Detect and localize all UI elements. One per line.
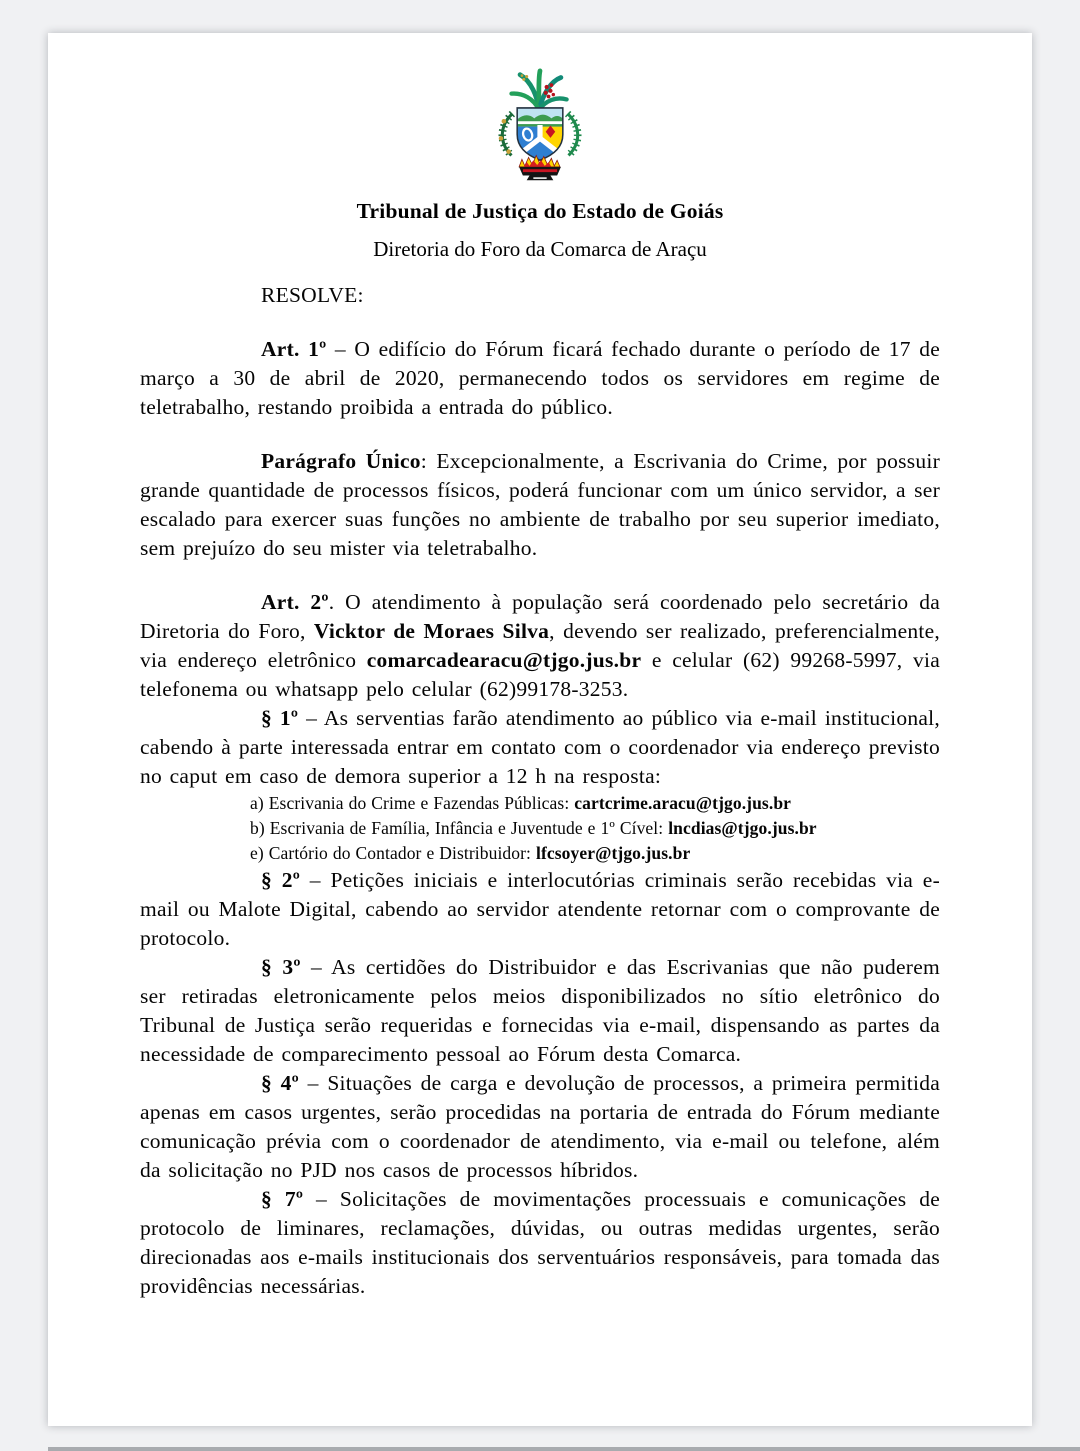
- text-run-bold: Art. 1º: [261, 337, 326, 361]
- text-run-bold: Art. 2º: [261, 590, 329, 614]
- paragraph-par-2: § 2º – Petições iniciais e interlocutóri…: [140, 866, 940, 953]
- document-header-emblem: [140, 68, 940, 189]
- document-page: Tribunal de Justiça do Estado de Goiás D…: [48, 33, 1032, 1426]
- text-run: – Solicitações de movimentações processu…: [140, 1187, 940, 1298]
- text-run-bold: § 3º: [261, 955, 301, 979]
- text-run-bold: Parágrafo Único: [261, 449, 421, 473]
- goias-coat-of-arms-icon: [487, 68, 593, 184]
- text-run: : Excepcionalmente, a Escrivania do Crim…: [140, 449, 940, 560]
- paragraph-par-7: § 7º – Solicitações de movimentações pro…: [140, 1185, 940, 1301]
- paragraph-par-3: § 3º – As certidões do Distribuidor e da…: [140, 953, 940, 1069]
- text-run-bold: Vicktor de Moraes Silva: [314, 619, 549, 643]
- text-run: RESOLVE:: [261, 283, 364, 307]
- text-run: – As certidões do Distribuidor e das Esc…: [140, 955, 940, 1066]
- text-run: a) Escrivania do Crime e Fazendas Públic…: [250, 793, 574, 813]
- list-item-a: a) Escrivania do Crime e Fazendas Públic…: [250, 791, 940, 816]
- paragraph-resolve: RESOLVE:: [140, 281, 940, 310]
- text-run-bold: comarcadearacu@tjgo.jus.br: [367, 648, 642, 672]
- paragraph-paragrafo-unico: Parágrafo Único: Excepcionalmente, a Esc…: [140, 447, 940, 563]
- paragraph-par-1: § 1º – As serventias farão atendimento a…: [140, 704, 940, 791]
- text-run-bold: § 7º: [261, 1187, 303, 1211]
- text-run: – Petições iniciais e interlocutórias cr…: [140, 868, 940, 950]
- text-run-bold: § 4º: [261, 1071, 299, 1095]
- text-run: – Situações de carga e devolução de proc…: [140, 1071, 940, 1182]
- text-run-bold: lncdias@tjgo.jus.br: [668, 818, 816, 838]
- text-run: e) Cartório do Contador e Distribuidor:: [250, 843, 536, 863]
- paragraph-art-1: Art. 1º – O edifício do Fórum ficará fec…: [140, 335, 940, 422]
- document-title: Tribunal de Justiça do Estado de Goiás: [140, 199, 940, 224]
- text-run: – O edifício do Fórum ficará fechado dur…: [140, 337, 940, 419]
- document-body: RESOLVE:Art. 1º – O edifício do Fórum fi…: [140, 281, 940, 1301]
- paragraph-art-2: Art. 2º. O atendimento à população será …: [140, 588, 940, 704]
- list-item-b: b) Escrivania de Família, Infância e Juv…: [250, 816, 940, 841]
- document-viewer: Tribunal de Justiça do Estado de Goiás D…: [0, 0, 1080, 1451]
- text-run: – As serventias farão atendimento ao púb…: [140, 706, 940, 788]
- paragraph-par-4: § 4º – Situações de carga e devolução de…: [140, 1069, 940, 1185]
- list-item-e: e) Cartório do Contador e Distribuidor: …: [250, 841, 940, 866]
- text-run: b) Escrivania de Família, Infância e Juv…: [250, 818, 668, 838]
- window-edge-bar: [48, 1447, 1080, 1451]
- document-subtitle: Diretoria do Foro da Comarca de Araçu: [140, 237, 940, 262]
- text-run-bold: cartcrime.aracu@tjgo.jus.br: [574, 793, 791, 813]
- text-run-bold: lfcsoyer@tjgo.jus.br: [536, 843, 690, 863]
- text-run-bold: § 1º: [261, 706, 298, 730]
- text-run-bold: § 2º: [261, 868, 300, 892]
